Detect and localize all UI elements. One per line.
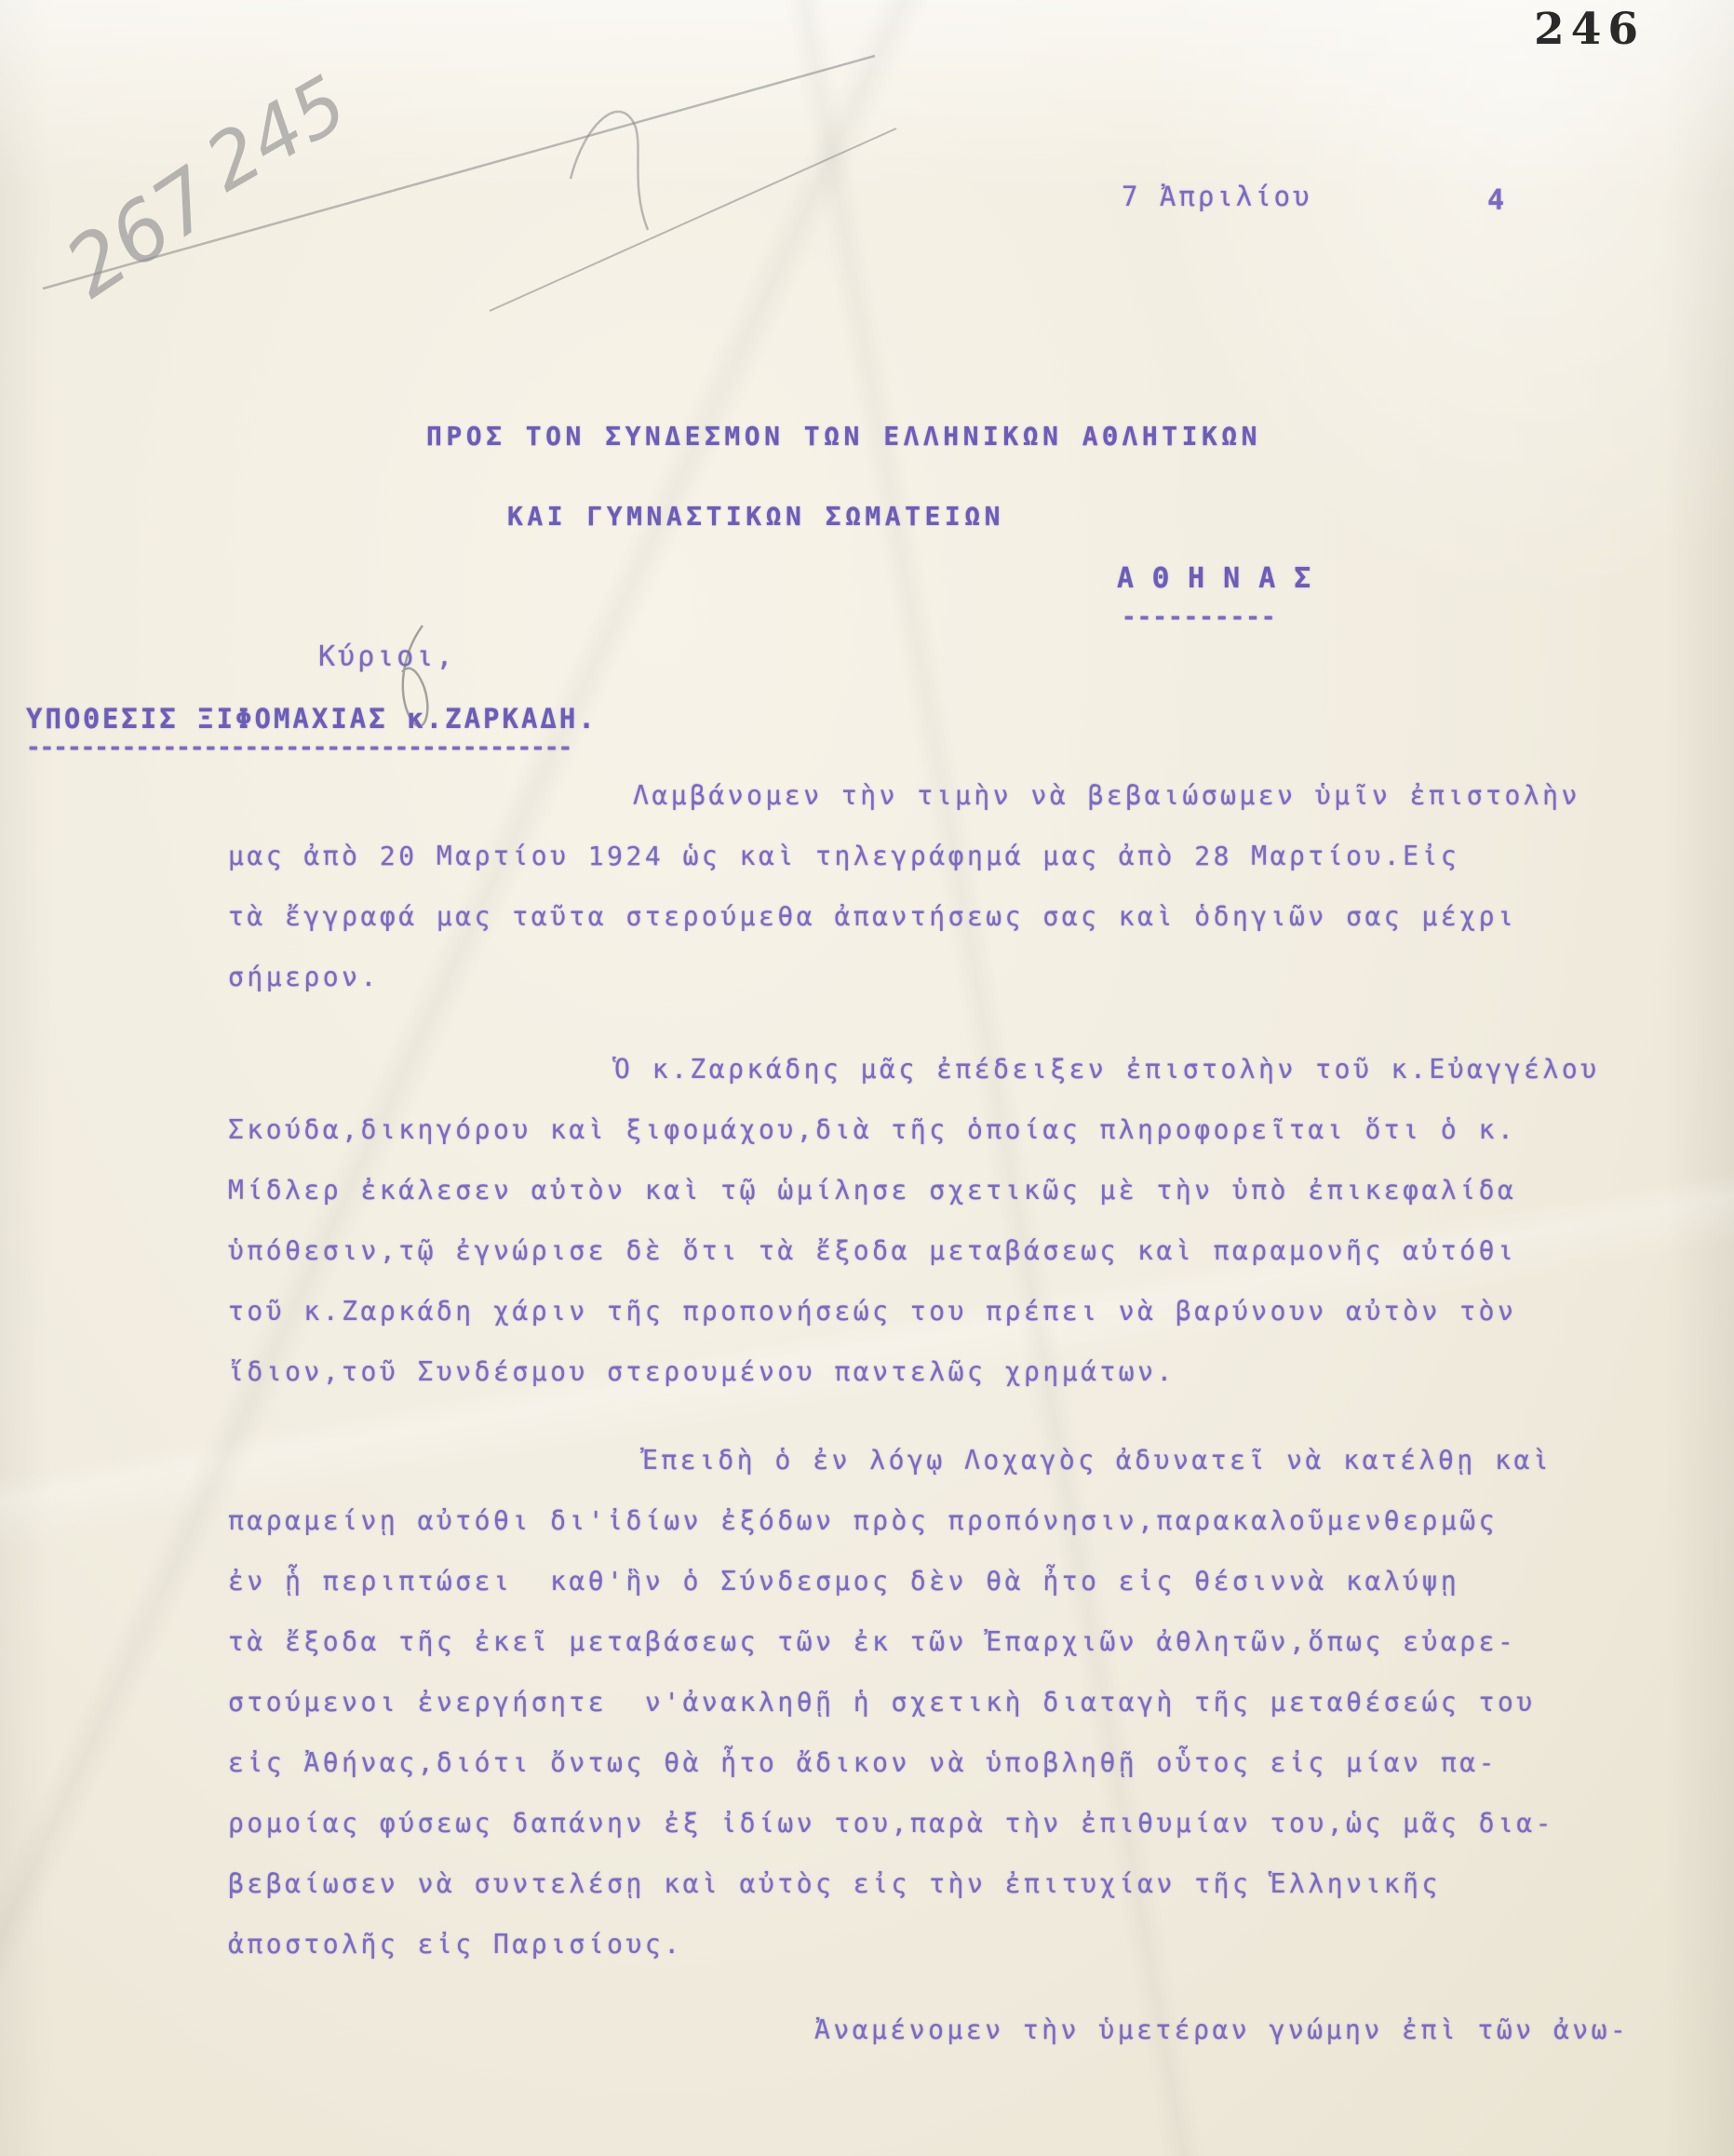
recipient-line-1: ΠΡΟΣ ΤΟΝ ΣΥΝΔΕΣΜΟΝ ΤΩΝ ΕΛΛΗΝΙΚΩΝ ΑΘΛΗΤΙΚ… [426,421,1261,451]
subject-line: ΥΠΟΘΕΣΙΣ ΞΙΦΟΜΑΧΙΑΣ κ.ΖΑΡΚΑΔΗ. [26,703,598,734]
date-mark: 4 [1487,184,1504,217]
body-line: ἀποστολῆς εἰς Παρισίους. [228,1914,1717,1974]
recipient-city: ΑΘΗΝΑΣ [1117,562,1329,595]
body-line: βεβαίωσεν νὰ συντελέσῃ καὶ αὐτὸς εἰς τὴν… [228,1853,1717,1914]
body-line: ἐν ᾗ περιπτώσει καθ'ἣν ὁ Σύνδεσμος δὲν θ… [228,1551,1717,1611]
body-line: Ἀναμένομεν τὴν ὑμετέραν γνώμην ἐπὶ τῶν ἀ… [228,2000,1717,2060]
page-number: 246 [1534,4,1645,55]
body-line: τὰ ἔξοδα τῆς ἐκεῖ μεταβάσεως τῶν ἐκ τῶν … [228,1611,1717,1672]
body-line: Ὁ κ.Ζαρκάδης μᾶς ἐπέδειξεν ἐπιστολὴν τοῦ… [228,1039,1717,1099]
body-line: ἴδιον,τοῦ Συνδέσμου στερουμένου παντελῶς… [228,1341,1717,1402]
letter-page: 246 245 267 7 Ἀπριλίου 4 ΠΡΟΣ ΤΟΝ ΣΥΝΔΕΣ… [0,0,1734,2156]
body-paragraph-4: Ἀναμένομεν τὴν ὑμετέραν γνώμην ἐπὶ τῶν ἀ… [228,2000,1717,2060]
subject-underline: ---------------------------------------- [26,734,571,761]
date: 7 Ἀπριλίου [1122,181,1312,212]
body-line: τοῦ κ.Ζαρκάδη χάριν τῆς προπονήσεώς του … [228,1281,1717,1341]
body-line: Λαμβάνομεν τὴν τιμὴν νὰ βεβαιώσωμεν ὑμῖν… [228,765,1717,826]
body-line: ὑπόθεσιν,τῷ ἐγνώρισε δὲ ὅτι τὰ ἔξοδα μετ… [228,1220,1717,1281]
body-line: σήμερον. [228,947,1717,1007]
body-line: Ἐπειδὴ ὁ ἐν λόγῳ Λοχαγὸς ἀδυνατεῖ νὰ κατ… [228,1430,1717,1490]
body-paragraph-1: Λαμβάνομεν τὴν τιμὴν νὰ βεβαιώσωμεν ὑμῖν… [228,765,1717,1007]
pencil-note-bottom: 267 [48,149,232,316]
body-line: τὰ ἔγγραφά μας ταῦτα στερούμεθα ἀπαντήσε… [228,886,1717,947]
recipient-city-underline: ---------- [1122,603,1277,631]
body-paragraph-2: Ὁ κ.Ζαρκάδης μᾶς ἐπέδειξεν ἐπιστολὴν τοῦ… [228,1039,1717,1402]
recipient-line-2: ΚΑΙ ΓΥΜΝΑΣΤΙΚΩΝ ΣΩΜΑΤΕΙΩΝ [507,501,1004,532]
pencil-note-top: 245 [192,60,362,209]
body-line: Σκούδα,δικηγόρου καὶ ξιφομάχου,διὰ τῆς ὁ… [228,1099,1717,1160]
body-line: μας ἀπὸ 20 Μαρτίου 1924 ὡς καὶ τηλεγράφη… [228,826,1717,886]
body-line: εἰς Ἀθήνας,διότι ὄντως θὰ ἦτο ἄδικον νὰ … [228,1732,1717,1793]
pencil-scribble: 245 267 [26,39,957,328]
body-line: παραμείνῃ αὐτόθι δι'ἰδίων ἐξόδων πρὸς πρ… [228,1490,1717,1551]
body-line: ρομοίας φύσεως δαπάνην ἐξ ἰδίων του,παρὰ… [228,1793,1717,1853]
body-paragraph-3: Ἐπειδὴ ὁ ἐν λόγῳ Λοχαγὸς ἀδυνατεῖ νὰ κατ… [228,1430,1717,1974]
body-line: στούμενοι ἐνεργήσητε ν'ἀνακληθῇ ἡ σχετικ… [228,1672,1717,1732]
body-line: Μίδλερ ἐκάλεσεν αὐτὸν καὶ τῷ ὡμίλησε σχε… [228,1160,1717,1220]
